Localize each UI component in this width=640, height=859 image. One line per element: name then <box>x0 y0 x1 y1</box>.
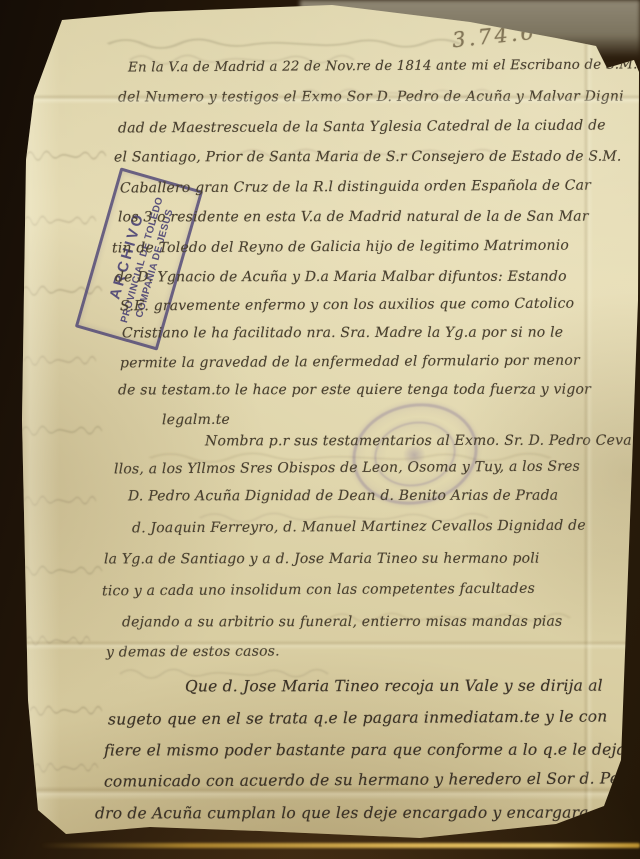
manuscript-line: fiere el mismo poder bastante para que c… <box>104 741 626 760</box>
manuscript-line: tin de Toledo del Reyno de Galicia hijo … <box>112 238 569 257</box>
manuscript-line: S.E. gravemente enfermo y con los auxili… <box>120 296 574 315</box>
table-edge-highlight <box>40 843 640 848</box>
manuscript-line: dejando a su arbitrio su funeral, entier… <box>122 614 562 631</box>
manuscript-line: legalm.te <box>162 412 230 428</box>
manuscript-line: Que d. Jose Maria Tineo recoja un Vale y… <box>185 677 603 696</box>
manuscript-line: la Yg.a de Santiago y a d. Jose Maria Ti… <box>104 551 540 568</box>
document-page: 3.74.6 ARCHIVO PROVINCIAL DE TOLEDO COMP… <box>0 0 640 859</box>
manuscript-line: d. Joaquin Ferreyro, d. Manuel Martinez … <box>132 518 586 537</box>
manuscript-line: Nombra p.r sus testamentarios al Exmo. S… <box>205 433 632 450</box>
manuscript-line: sugeto que en el se trata q.e le pagara … <box>108 707 608 728</box>
manuscript-line: los 3.o residente en esta V.a de Madrid … <box>118 209 589 226</box>
manuscript-line: tico y a cada uno insolidum con las comp… <box>102 581 535 600</box>
manuscript-line: D. Pedro Acuña Dignidad de Dean d. Benit… <box>128 488 558 505</box>
manuscript-line: comunicado con acuerdo de su hermano y h… <box>104 769 619 790</box>
manuscript-line: llos, a los Yllmos Sres Obispos de Leon,… <box>114 459 580 478</box>
manuscript-line: del Numero y testigos el Exmo Sor D. Ped… <box>118 89 624 106</box>
photo-of-manuscript: 3.74.6 ARCHIVO PROVINCIAL DE TOLEDO COMP… <box>0 0 640 859</box>
manuscript-line: el Santiago, Prior de Santa Maria de S.r… <box>114 149 622 166</box>
manuscript-line: En la V.a de Madrid a 22 de Nov.re de 18… <box>128 57 638 75</box>
manuscript-line: de su testam.to le hace por este quiere … <box>118 382 591 399</box>
manuscript-line: dro de Acuña cumplan lo que les deje enc… <box>95 804 589 823</box>
manuscript-line: y demas de estos casos. <box>106 643 280 660</box>
manuscript-line: permite la gravedad de la enfermedad el … <box>120 353 580 372</box>
manuscript-line: de D. Ygnacio de Acuña y D.a Maria Malba… <box>115 269 567 286</box>
manuscript-line: dad de Maestrescuela de la Santa Yglesia… <box>118 118 606 137</box>
manuscript-line: Cristiano le ha facilitado nra. Sra. Mad… <box>122 325 563 342</box>
manuscript-line: Caballero gran Cruz de la R.l distinguid… <box>120 178 591 197</box>
